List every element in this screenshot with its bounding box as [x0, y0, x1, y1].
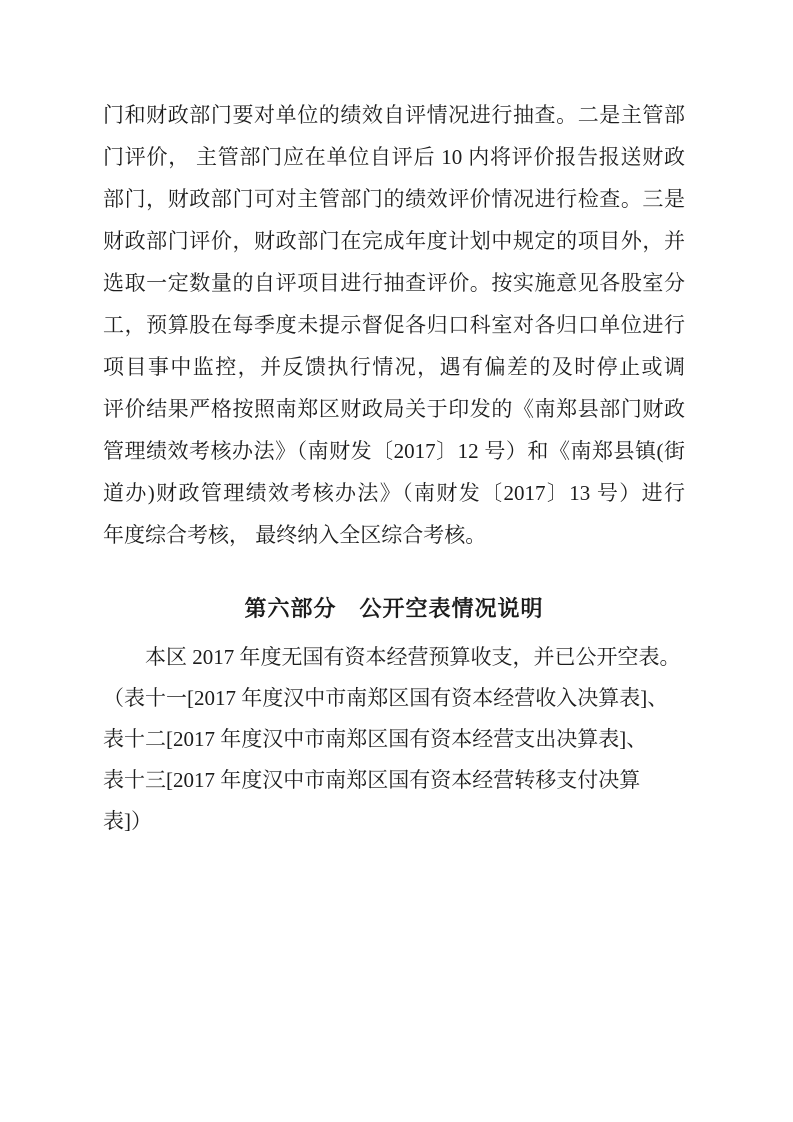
paragraph-line: 部门，财政部门可对主管部门的绩效评价情况进行检查。三是	[103, 178, 685, 220]
paragraph-line: 道办)财政管理绩效考核办法》（南财发〔2017〕13 号）进行	[103, 472, 685, 514]
paragraph-line: 门评价， 主管部门应在单位自评后 10 内将评价报告报送财政	[103, 136, 685, 178]
paragraph-line: 管理绩效考核办法》（南财发〔2017〕12 号）和《南郑县镇(街	[103, 430, 685, 472]
document-page: 门和财政部门要对单位的绩效自评情况进行抽查。二是主管部 门评价， 主管部门应在单…	[0, 0, 793, 1122]
paragraph-line: 年度综合考核， 最终纳入全区综合考核。	[103, 514, 685, 556]
paragraph-line: （表十一[2017 年度汉中市南郑区国有资本经营收入决算表]、	[103, 678, 685, 719]
paragraph-line: 选取一定数量的自评项目进行抽查评价。按实施意见各股室分	[103, 262, 685, 304]
paragraph-line: 评价结果严格按照南郑区财政局关于印发的《南郑县部门财政	[103, 388, 685, 430]
body-paragraph-empty-tables-note: 本区 2017 年度无国有资本经营预算收支，并已公开空表。 （表十一[2017 …	[103, 637, 685, 842]
paragraph-line: 表十三[2017 年度汉中市南郑区国有资本经营转移支付决算	[103, 760, 685, 801]
paragraph-line: 工，预算股在每季度未提示督促各归口科室对各归口单位进行	[103, 304, 685, 346]
paragraph-line: 门和财政部门要对单位的绩效自评情况进行抽查。二是主管部	[103, 94, 685, 136]
paragraph-line: 表十二[2017 年度汉中市南郑区国有资本经营支出决算表]、	[103, 719, 685, 760]
body-paragraph-performance-evaluation: 门和财政部门要对单位的绩效自评情况进行抽查。二是主管部 门评价， 主管部门应在单…	[103, 94, 685, 556]
paragraph-line: 项目事中监控，并反馈执行情况，遇有偏差的及时停止或调整，	[103, 346, 685, 388]
paragraph-line: 表]）	[103, 801, 685, 842]
section-heading-part-six: 第六部分 公开空表情况说明	[103, 588, 685, 630]
paragraph-line: 财政部门评价，财政部门在完成年度计划中规定的项目外，并	[103, 220, 685, 262]
paragraph-line: 本区 2017 年度无国有资本经营预算收支，并已公开空表。	[103, 637, 685, 678]
